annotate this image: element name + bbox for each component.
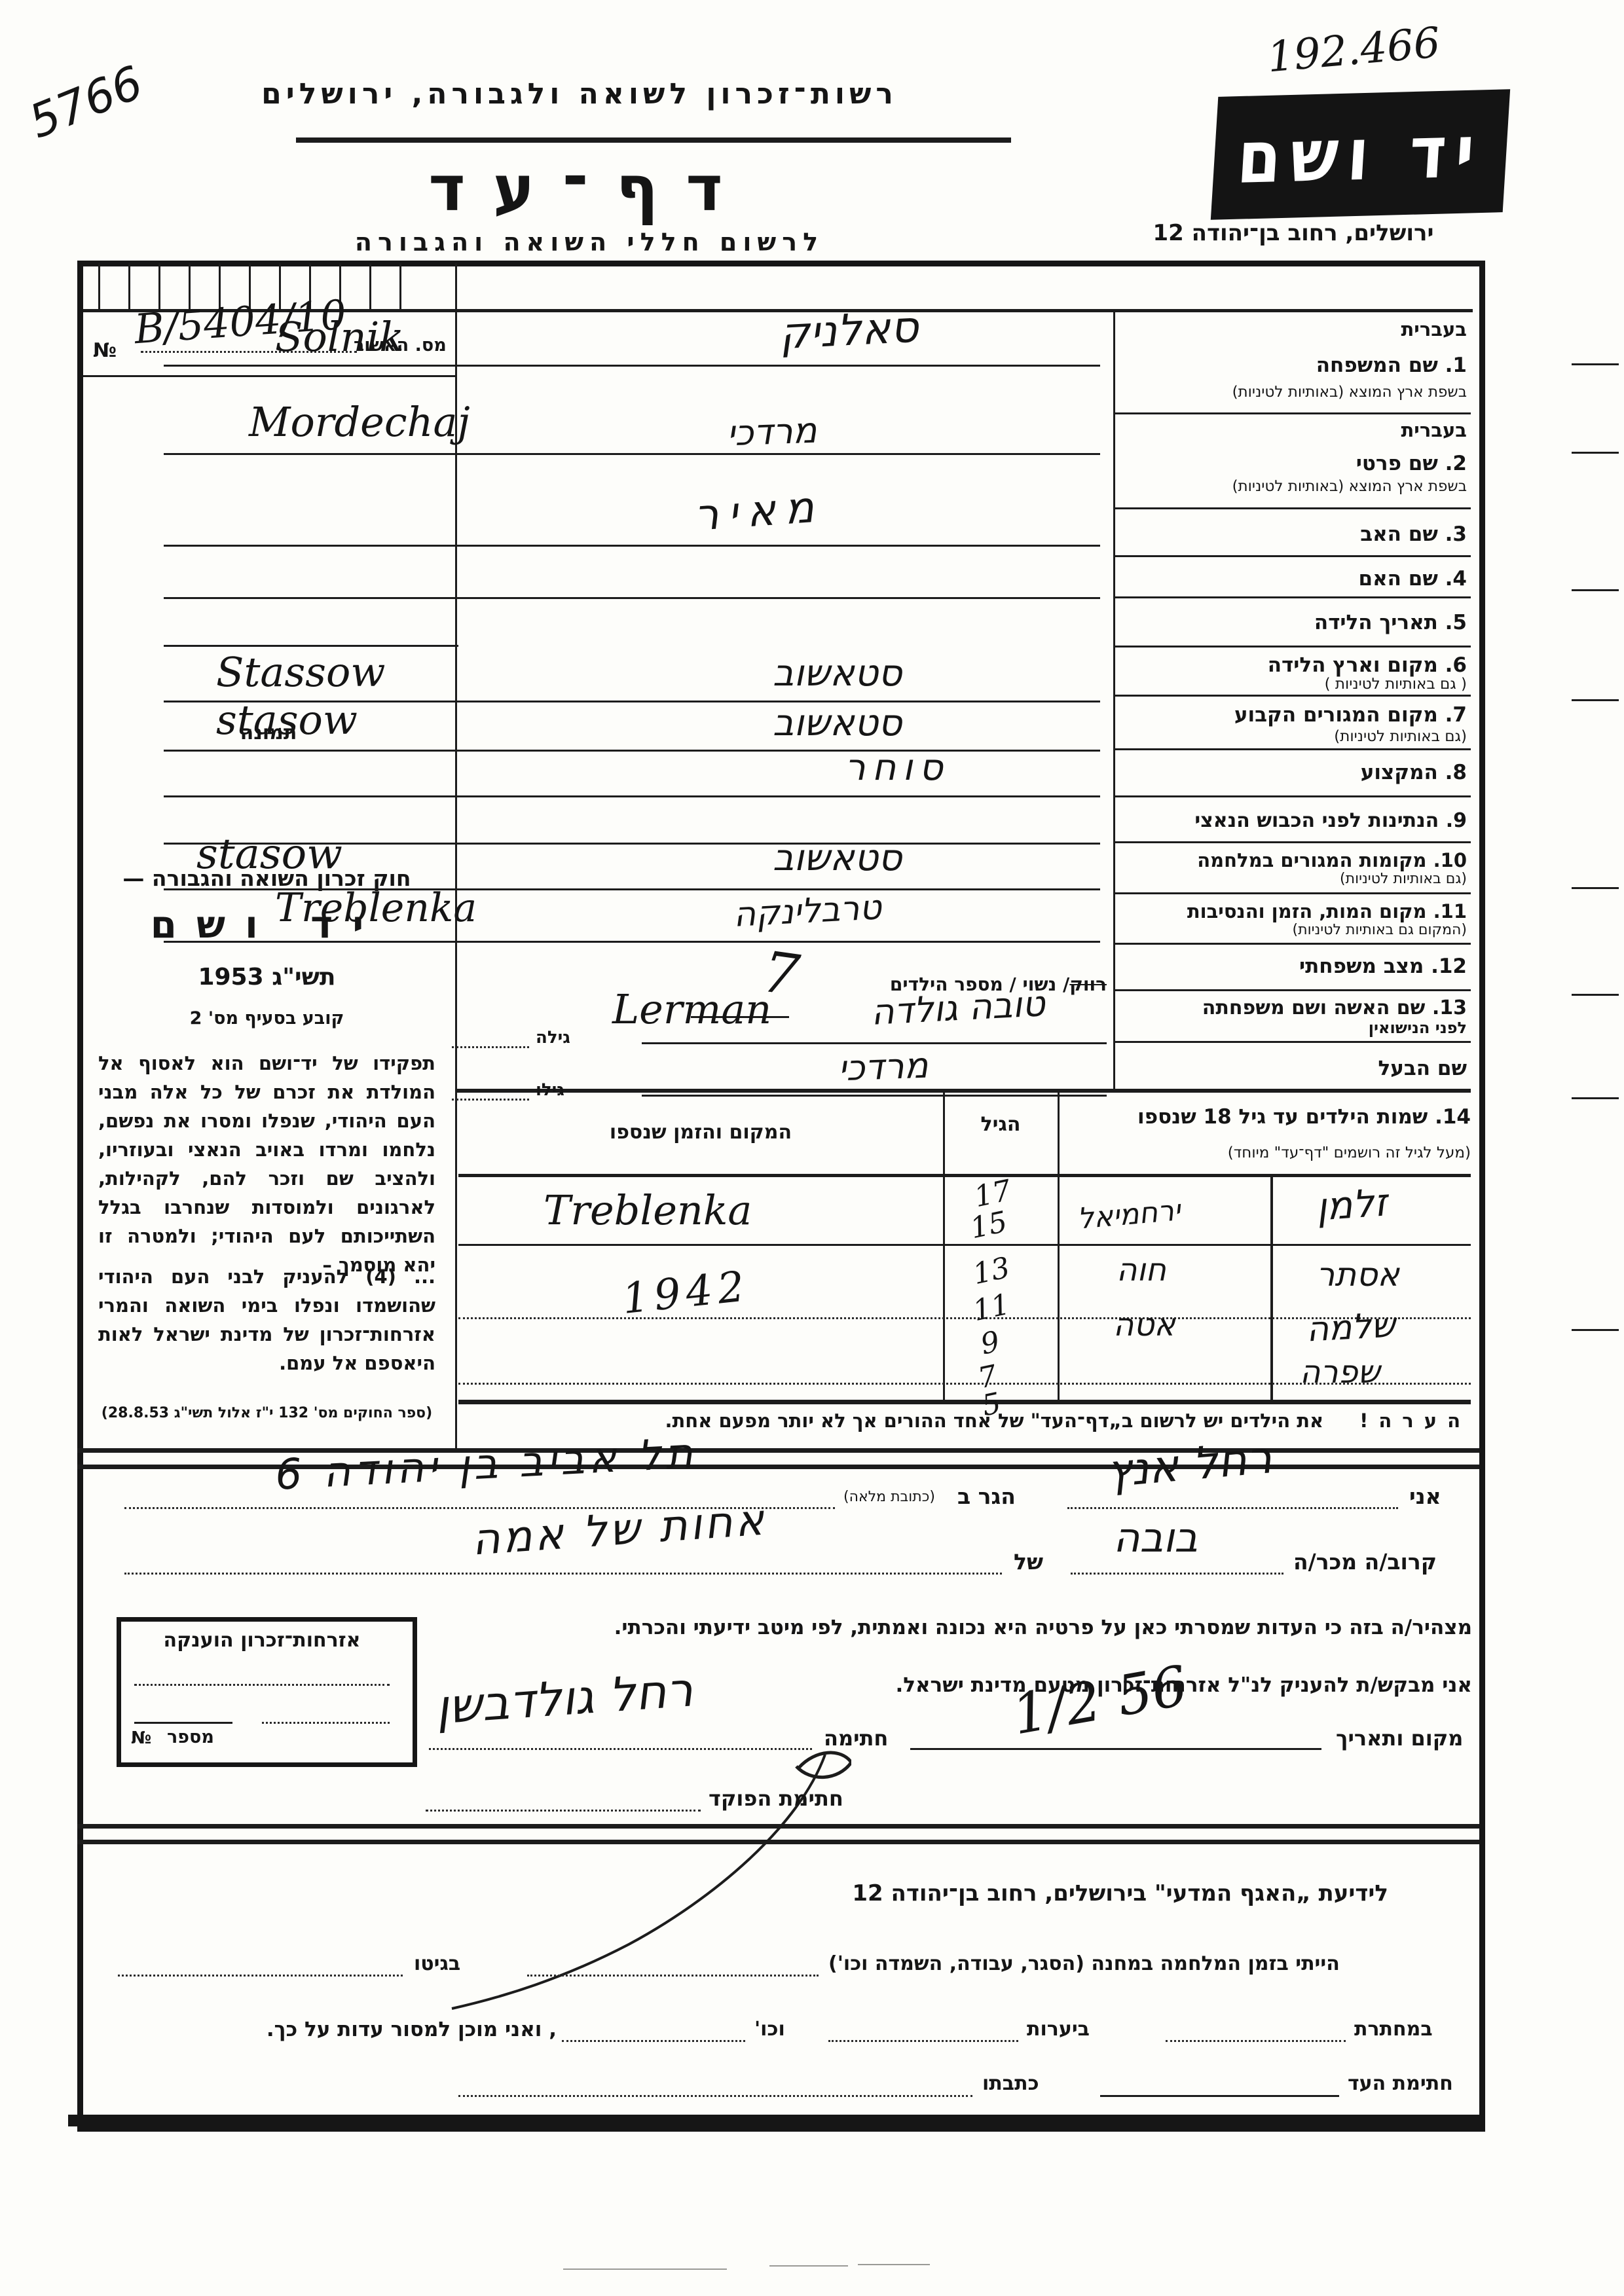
note-label: הערה!	[1359, 1410, 1471, 1432]
field-14-sublabel: (מעל לגיל זה רושמים "דף־עד" מיוחד)	[1066, 1144, 1471, 1161]
field-14-label: 14. שמות הילדים עד גיל 18 שנספו	[1066, 1105, 1471, 1129]
logo-address: ירושלים, רחוב בן־יהודה 12	[1061, 220, 1526, 246]
field-12-label: 12. מצב משפחתי	[1120, 955, 1467, 978]
write-line-7	[164, 750, 1100, 752]
of-dotted	[124, 1573, 1002, 1575]
child-name: זלמן	[1315, 1180, 1389, 1229]
child-name: שפרה	[1300, 1354, 1380, 1391]
logo-text: יד ושם	[1235, 109, 1486, 200]
his-age-dotted	[452, 1099, 529, 1101]
firstname-hebrew-handwriting: מרדכי	[726, 410, 817, 454]
place-date-line	[910, 1748, 1321, 1750]
edge-dash	[1572, 589, 1619, 591]
form-subtitle: לרשום חללי השואה והגבורה	[262, 228, 917, 257]
double-rule-bottom-a	[77, 1824, 1479, 1829]
ghetto-label: בגיטו	[414, 1952, 460, 1975]
clerk-signature-dotted	[426, 1810, 701, 1812]
field-divider	[1113, 795, 1471, 797]
ready-to-testify: , ואני מוכן למסור עדות על כך.	[98, 2018, 557, 2041]
table-header-age: הגיל	[948, 1113, 1053, 1136]
witness-signature-line	[1100, 2095, 1339, 2097]
form-title: דף־עד	[393, 152, 786, 225]
citizenship-box-line-a	[134, 1722, 232, 1724]
residence-latin-handwriting: stasow	[216, 696, 358, 744]
forests-label: ביערות	[1027, 2018, 1090, 2041]
husband-label: שם הבעל	[1120, 1057, 1467, 1080]
write-line-11	[164, 941, 1100, 943]
authority-title: רשות־זכרון לשואה ולגבורה, ירושלים	[157, 77, 1002, 111]
file-number-handwriting: 192.466	[1265, 19, 1442, 82]
edge-dash	[1572, 994, 1619, 996]
strip-tick	[399, 263, 401, 310]
write-line-13	[642, 1042, 1107, 1044]
scan-artifact-line	[563, 2269, 727, 2270]
write-line-4	[164, 597, 1100, 599]
strip-tick	[98, 263, 100, 310]
field-1-sublabel: בשפת ארץ המוצא (באותיות לטיניות)	[1120, 384, 1467, 401]
table-col-divider-place-age	[943, 1092, 945, 1402]
residing-label: הגר ב	[957, 1484, 1016, 1509]
field-divider	[1113, 695, 1471, 697]
law-paragraph-1: תפקידו של יד־ושם הוא לאסוף אל המולדת את …	[98, 1049, 435, 1279]
marital-option-single: רווק	[1069, 974, 1107, 995]
underground-dotted	[1166, 2040, 1346, 2042]
note-text: את הילדים יש לרשום ב„דף־העד" של אחד ההור…	[665, 1410, 1323, 1432]
yad-vashem-logo: יד ושם	[1211, 89, 1510, 220]
citizenship-no-symbol: №	[131, 1728, 151, 1748]
table-col-divider-age-names	[1058, 1092, 1060, 1402]
ghetto-dotted	[118, 1975, 403, 1977]
approval-no-symbol: №	[93, 339, 117, 362]
field-divider	[1113, 412, 1471, 414]
field-9-label: 9. הנתינות לפני הכבוש הנאצי	[1120, 809, 1467, 832]
death-place-hebrew-handwriting: טרבלינקה	[733, 888, 883, 935]
authority-underline	[296, 137, 1011, 143]
children-place-handwriting: Treblenka	[544, 1186, 752, 1234]
field-10-label: 10. מקומות המגורים במלחמה	[1120, 849, 1467, 871]
field-divider	[1113, 841, 1471, 843]
forests-dotted	[828, 2040, 1018, 2042]
double-rule-bottom-b	[77, 1840, 1479, 1844]
field-2-label: 2. שם פרטי	[1120, 452, 1467, 475]
edge-dash	[1572, 363, 1619, 365]
death-place-latin-handwriting: Treblenka	[275, 885, 477, 931]
section-divider-thick	[455, 1089, 1471, 1093]
field-divider	[1113, 748, 1471, 750]
war-residence-hebrew-handwriting: סטאשוב	[773, 837, 902, 879]
child-name: שלמה	[1306, 1305, 1397, 1349]
birthplace-hebrew-handwriting: סטאשוב	[773, 652, 902, 695]
write-line-1	[164, 365, 1100, 367]
law-source: (ספר החוקים מס' 132 י"ז אלול תשי"ג 28.8.…	[79, 1405, 455, 1421]
birthplace-latin-handwriting: Stassow	[216, 648, 385, 696]
strip-tick	[128, 263, 130, 310]
edge-dash	[1572, 1329, 1619, 1331]
relation-dotted	[1071, 1573, 1283, 1575]
citizenship-box-dotted	[134, 1684, 390, 1686]
declarant-name-dotted	[1067, 1507, 1398, 1509]
field-5-label: 5. תאריך הלידה	[1120, 611, 1467, 634]
etc-dotted	[562, 2040, 745, 2042]
write-line-8	[164, 795, 1100, 797]
clerk-signature-label: חתימת הפוקד	[709, 1786, 843, 1811]
husband-name-handwriting: מרדכי	[838, 1045, 929, 1089]
field-1-prelabel: בעברית	[1120, 318, 1467, 340]
address-note-label: (כתובת מלאה)	[843, 1489, 935, 1505]
father-name-handwriting: מאיר	[693, 481, 825, 541]
relation-handwriting: בובה	[1113, 1514, 1198, 1561]
field-1-label: 1. שם המשפחה	[1120, 354, 1467, 377]
field-divider	[1113, 1041, 1471, 1043]
underground-label: במחתרת	[1354, 2018, 1433, 2041]
war-camp-dotted	[527, 1975, 819, 1977]
field-divider	[1113, 943, 1471, 945]
field-10-sublabel: (גם באותיות לטיניות)	[1120, 871, 1467, 887]
field-4-label: 4. שם האם	[1120, 567, 1467, 591]
table-top-line	[458, 1174, 1471, 1177]
field-divider	[1113, 596, 1471, 598]
field-divider	[1113, 989, 1471, 991]
field-6-sublabel: ( גם באותיות לטיניות )	[1120, 676, 1467, 693]
husband-write-line	[642, 1095, 1107, 1097]
her-age-dotted	[452, 1046, 529, 1048]
child-name: אסתר	[1316, 1256, 1399, 1294]
field-6-label: 6. מקום וארץ הלידה	[1120, 653, 1467, 677]
table-bottom-line	[458, 1400, 1471, 1404]
relation-label: קרוב/ה מכר/ה	[1293, 1549, 1437, 1575]
write-line-5	[164, 645, 458, 647]
label-column-divider	[1113, 312, 1115, 1091]
table-names-inner-divider	[1270, 1176, 1273, 1402]
his-age-label: גילו	[536, 1080, 564, 1100]
declaration-statement: מצהיר/ה בזה כי העדות שמסרתי כאן על פרטיה…	[458, 1616, 1472, 1639]
citizenship-box-line-b	[262, 1722, 390, 1724]
corner-code-handwriting: 5766	[22, 56, 150, 149]
edge-dash	[1572, 452, 1619, 454]
profession-handwriting: סוחר	[845, 746, 950, 789]
field-13-label: 13. שם האשה ושם משפחתה	[1120, 996, 1467, 1019]
field-2-sublabel: בשפת ארץ המוצא (באותיות לטיניות)	[1120, 478, 1467, 495]
field-7-label: 7. מקום המגורים הקבוע	[1120, 703, 1467, 727]
field-3-label: 3. שם האב	[1120, 522, 1467, 546]
table-row-line-1	[458, 1244, 1471, 1246]
edge-dash	[1572, 699, 1619, 701]
surname-hebrew-handwriting: סאלניק	[778, 301, 919, 359]
place-date-label: מקום ותאריך	[1336, 1726, 1463, 1751]
child-name: אטה	[1113, 1307, 1175, 1343]
war-camp-label: הייתי בזמן המלחמה במחנה (הסגר, עבודה, הש…	[828, 1952, 1340, 1975]
field-8-label: 8. המקצוע	[1120, 761, 1467, 784]
form-border-bottom-bar	[68, 2115, 1484, 2126]
field-divider	[1113, 892, 1471, 894]
field-2-prelabel: בעברית	[1120, 419, 1467, 441]
witness-signature-label: חתימת העד	[1348, 2072, 1453, 2095]
citizenship-box-title: אזרחות־זכרון הוענקה	[124, 1629, 399, 1652]
children-note: הערה!את הילדים יש לרשום ב„דף־העד" של אחד…	[471, 1410, 1471, 1432]
war-residence-latin-handwriting: stasow	[196, 830, 342, 879]
of-label: של	[1014, 1549, 1043, 1575]
approval-box-bottom	[83, 375, 455, 377]
surname-latin-handwriting: Solnik	[275, 313, 404, 361]
field-divider	[1113, 646, 1471, 647]
her-age-label: גילה	[536, 1028, 570, 1048]
scientific-dept-info: לידיעת „האגף המדעי" בירושלים, רחוב בן־יה…	[642, 1880, 1388, 1906]
declarant-i-label: אני	[1409, 1484, 1441, 1509]
field-11-sublabel: (המקום גם באותיות לטיניות)	[1120, 922, 1467, 938]
firstname-latin-handwriting: Mordechaj	[249, 398, 470, 446]
write-line-3	[164, 545, 1100, 547]
field-divider	[1113, 555, 1471, 557]
wife-maiden-latin-handwriting: Lerman	[612, 985, 771, 1033]
field-divider	[1113, 507, 1471, 509]
citizenship-number-label: מספר	[167, 1727, 214, 1747]
law-year: תשי"ג 1953	[98, 964, 435, 991]
law-paragraph-2: ... (4) להעניק לבני העם היהודי שהושמדו ו…	[98, 1262, 435, 1377]
clerk-signature-scribble	[432, 1728, 851, 2016]
field-11-label: 11. מקום המות, הזמן והנסיבות	[1120, 900, 1467, 922]
law-clause: קובע בסעיף מס' 2	[98, 1008, 435, 1029]
field-13-sublabel: לפני הנישואין	[1120, 1019, 1467, 1037]
strip-tick	[369, 263, 371, 310]
table-header-place: המקום והזמן שנספו	[498, 1121, 904, 1144]
his-address-dotted	[458, 2095, 972, 2097]
residence-hebrew-handwriting: סטאשוב	[773, 702, 902, 744]
scan-artifact-line	[769, 2265, 848, 2267]
edge-dash	[1572, 1097, 1619, 1099]
edge-dash	[1572, 887, 1619, 889]
child-name: חוה	[1116, 1252, 1166, 1288]
etc-label: וכו'	[754, 2018, 785, 2041]
field-7-sublabel: (גם באותיות לטיניות)	[1120, 728, 1467, 745]
write-line-2	[164, 453, 1100, 455]
testimony-page-scan: 5766 רשות־זכרון לשואה ולגבורה, ירושלים ד…	[0, 0, 1624, 2296]
scan-artifact-line	[858, 2264, 930, 2265]
his-address-label: כתבתו	[982, 2072, 1039, 2095]
